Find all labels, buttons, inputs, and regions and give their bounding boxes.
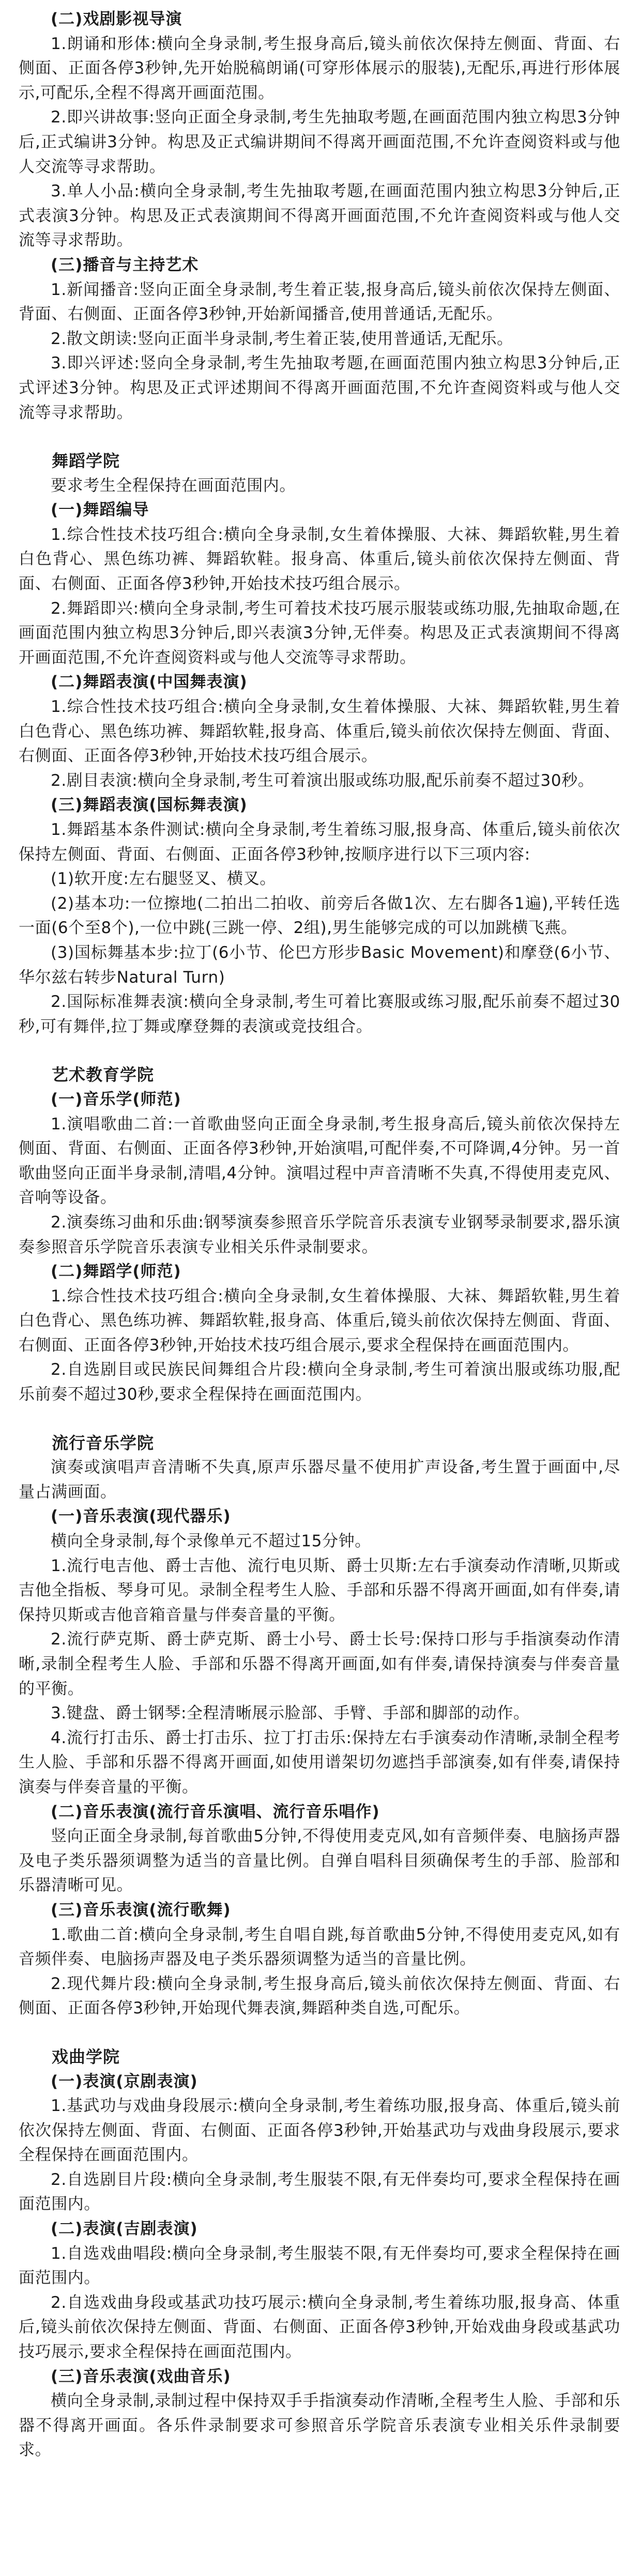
paragraph: (3)国标舞基本步:拉丁(6小节、伦巴方形步Basic Movement)和摩登…	[19, 941, 620, 990]
paragraph: 2.散文朗读:竖向正面半身录制,考生着正装,使用普通话,无配乐。	[19, 327, 620, 352]
paragraph: 2.现代舞片段:横向全身录制,考生报身高后,镜头前依次保持左侧面、背面、右侧面、…	[19, 1972, 620, 2021]
section-heading: (三)播音与主持艺术	[19, 253, 620, 278]
section-heading: (一)舞蹈编导	[19, 498, 620, 523]
paragraph: 1.流行电吉他、爵士吉他、流行电贝斯、爵士贝斯:左右手演奏动作清晰,贝斯或吉他全…	[19, 1554, 620, 1628]
section-heading: (二)戏剧影视导演	[19, 7, 620, 32]
college-title: 舞蹈学院	[19, 449, 620, 474]
paragraph: 演奏或演唱声音清晰不失真,原声乐器尽量不使用扩声设备,考生置于画面中,尽量占满画…	[19, 1455, 620, 1504]
paragraph: 1.综合性技术技巧组合:横向全身录制,女生着体操服、大袜、舞蹈软鞋,男生着白色背…	[19, 695, 620, 769]
paragraph: 1.综合性技术技巧组合:横向全身录制,女生着体操服、大袜、舞蹈软鞋,男生着白色背…	[19, 1284, 620, 1358]
section-heading: (二)音乐表演(流行音乐演唱、流行音乐唱作)	[19, 1800, 620, 1825]
paragraph: 3.即兴评述:竖向全身录制,考生先抽取考题,在画面范围内独立构思3分钟后,正式评…	[19, 351, 620, 425]
section-heading: (二)舞蹈表演(中国舞表演)	[19, 670, 620, 695]
section-heading: (三)舞蹈表演(国标舞表演)	[19, 793, 620, 818]
paragraph: 1.演唱歌曲二首:一首歌曲竖向正面全身录制,考生报身高后,镜头前依次保持左侧面、…	[19, 1112, 620, 1211]
paragraph: 2.演奏练习曲和乐曲:钢琴演奏参照音乐学院音乐表演专业钢琴录制要求,器乐演奏参照…	[19, 1211, 620, 1260]
college-title: 戏曲学院	[19, 2045, 620, 2070]
section-heading: (一)表演(京剧表演)	[19, 2070, 620, 2094]
paragraph: 2.自选剧目片段:横向全身录制,考生服装不限,有无伴奏均可,要求全程保持在画面范…	[19, 2168, 620, 2217]
paragraph: 3.键盘、爵士钢琴:全程清晰展示脸部、手臂、手部和脚部的动作。	[19, 1701, 620, 1726]
paragraph: 3.单人小品:横向全身录制,考生先抽取考题,在画面范围内独立构思3分钟后,正式表…	[19, 179, 620, 253]
section-heading: (一)音乐学(师范)	[19, 1088, 620, 1112]
section-heading: (一)音乐表演(现代器乐)	[19, 1504, 620, 1529]
paragraph: 2.流行萨克斯、爵士萨克斯、爵士小号、爵士长号:保持口形与手指演奏动作清晰,录制…	[19, 1627, 620, 1701]
paragraph: 1.舞蹈基本条件测试:横向全身录制,考生着练习服,报身高、体重后,镜头前依次保持…	[19, 818, 620, 867]
document-page: (二)戏剧影视导演 1.朗诵和形体:横向全身录制,考生报身高后,镜头前依次保持左…	[0, 0, 641, 2576]
college-title: 艺术教育学院	[19, 1063, 620, 1088]
paragraph: 1.歌曲二首:横向全身录制,考生自唱自跳,每首歌曲5分钟,不得使用麦克风,如有音…	[19, 1923, 620, 1972]
section-heading: (三)音乐表演(流行歌舞)	[19, 1898, 620, 1923]
paragraph: 4.流行打击乐、爵士打击乐、拉丁打击乐:保持左右手演奏动作清晰,录制全程考生人脸…	[19, 1726, 620, 1800]
paragraph: 1.新闻播音:竖向正面全身录制,考生着正装,报身高后,镜头前依次保持左侧面、背面…	[19, 278, 620, 327]
paragraph: 2.自选戏曲身段或基武功技巧展示:横向全身录制,考生着练功服,报身高、体重后,镜…	[19, 2291, 620, 2365]
paragraph: 2.舞蹈即兴:横向全身录制,考生可着技术技巧展示服装或练功服,先抽取命题,在画面…	[19, 597, 620, 671]
paragraph: (1)软开度:左右腿竖叉、横叉。	[19, 867, 620, 892]
section-heading: (二)表演(吉剧表演)	[19, 2217, 620, 2242]
paragraph: 2.自选剧目或民族民间舞组合片段:横向全身录制,考生可着演出服或练功服,配乐前奏…	[19, 1358, 620, 1407]
college-title: 流行音乐学院	[19, 1431, 620, 1456]
paragraph: 竖向正面全身录制,每首歌曲5分钟,不得使用麦克风,如有音频伴奏、电脑扬声器及电子…	[19, 1824, 620, 1898]
paragraph: 要求考生全程保持在画面范围内。	[19, 474, 620, 499]
section-heading: (三)音乐表演(戏曲音乐)	[19, 2365, 620, 2389]
paragraph: 1.自选戏曲唱段:横向全身录制,考生服装不限,有无伴奏均可,要求全程保持在画面范…	[19, 2242, 620, 2291]
paragraph: 2.剧目表演:横向全身录制,考生可着演出服或练功服,配乐前奏不超过30秒。	[19, 769, 620, 794]
paragraph: 横向全身录制,每个录像单元不超过15分钟。	[19, 1529, 620, 1554]
paragraph: 2.国际标准舞表演:横向全身录制,考生可着比赛服或练习服,配乐前奏不超过30秒,…	[19, 990, 620, 1039]
paragraph: 横向全身录制,录制过程中保持双手手指演奏动作清晰,全程考生人脸、手部和乐器不得离…	[19, 2389, 620, 2463]
paragraph: 1.基武功与戏曲身段展示:横向全身录制,考生着练功服,报身高、体重后,镜头前依次…	[19, 2094, 620, 2168]
paragraph: (2)基本功:一位擦地(二拍出二拍收、前旁后各做1次、左右脚各1遍),平转任选一…	[19, 892, 620, 941]
paragraph: 1.朗诵和形体:横向全身录制,考生报身高后,镜头前依次保持左侧面、背面、右侧面、…	[19, 32, 620, 106]
section-heading: (二)舞蹈学(师范)	[19, 1260, 620, 1284]
paragraph: 1.综合性技术技巧组合:横向全身录制,女生着体操服、大袜、舞蹈软鞋,男生着白色背…	[19, 523, 620, 597]
paragraph: 2.即兴讲故事:竖向正面全身录制,考生先抽取考题,在画面范围内独立构思3分钟后,…	[19, 105, 620, 179]
